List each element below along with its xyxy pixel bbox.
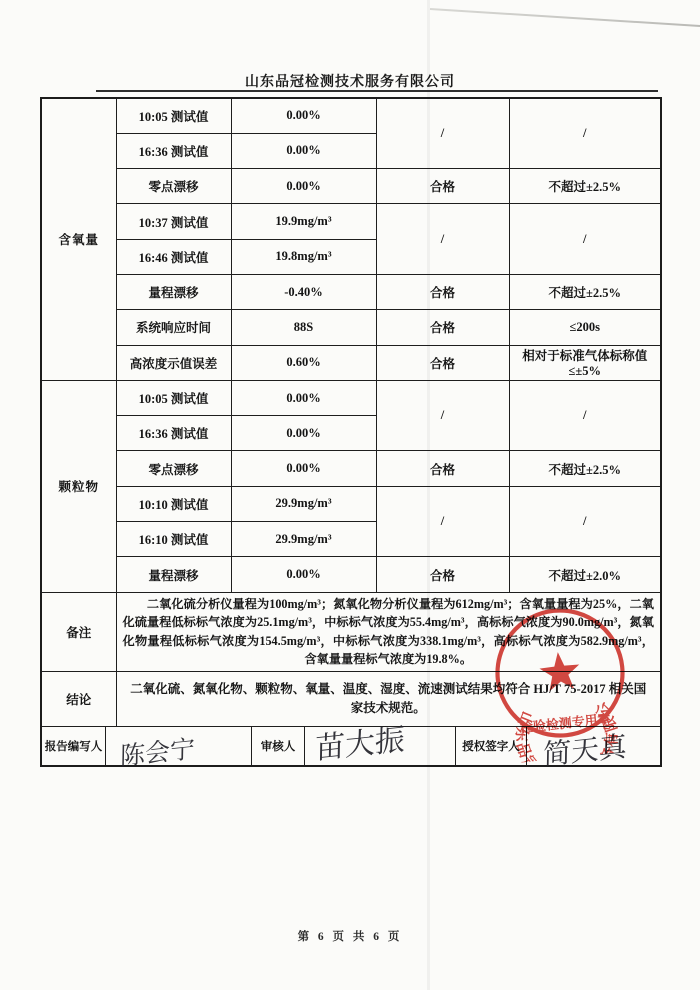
standard-cell: 相对于标准气体标称值≤±5% [509, 345, 661, 380]
value-cell: 0.00% [231, 169, 376, 204]
result-cell: 合格 [376, 451, 509, 486]
param-name-cell: 10:37 测试值 [116, 204, 231, 239]
test-results-table: 含氧量 10:05 测试值 0.00% / / 16:36 测试值 0.00% … [40, 97, 662, 767]
remark-text-cell: 二氧化硫分析仪量程为100mg/m³；氮氧化物分析仪量程为612mg/m³；含氧… [116, 592, 661, 671]
standard-cell: 不超过±2.0% [509, 557, 661, 592]
conclusion-text: 二氧化硫、氮氧化物、颗粒物、氧量、温度、湿度、流速测试结果均符合 HJ/T 75… [129, 680, 649, 718]
conclusion-label-cell: 结论 [41, 671, 116, 726]
report-writer-label: 报告编写人 [42, 727, 105, 765]
param-name-cell: 量程漂移 [116, 274, 231, 309]
header-rule [96, 90, 658, 92]
value-cell: 19.8mg/m³ [231, 239, 376, 274]
param-name-cell: 系统响应时间 [116, 310, 231, 345]
value-cell: 0.00% [231, 557, 376, 592]
remark-text: 二氧化硫分析仪量程为100mg/m³；氮氧化物分析仪量程为612mg/m³；含氧… [123, 595, 655, 669]
param-name-cell: 16:10 测试值 [116, 522, 231, 557]
table-row: 10:37 测试值 19.9mg/m³ / / [41, 204, 661, 239]
remark-label-cell: 备注 [41, 592, 116, 671]
value-cell: -0.40% [231, 274, 376, 309]
standard-cell: / [509, 486, 661, 557]
value-cell: 0.00% [231, 451, 376, 486]
table-row: 高浓度示值误差 0.60% 合格 相对于标准气体标称值≤±5% [41, 345, 661, 380]
group-label-cell: 含氧量 [41, 98, 116, 380]
value-cell: 29.9mg/m³ [231, 522, 376, 557]
standard-cell: 不超过±2.5% [509, 451, 661, 486]
standard-cell: 不超过±2.5% [509, 274, 661, 309]
table-row: 量程漂移 -0.40% 合格 不超过±2.5% [41, 274, 661, 309]
table-row: 含氧量 10:05 测试值 0.00% / / [41, 98, 661, 133]
conclusion-row: 结论 二氧化硫、氮氧化物、颗粒物、氧量、温度、湿度、流速测试结果均符合 HJ/T… [41, 671, 661, 726]
result-cell: 合格 [376, 274, 509, 309]
page-number: 第 6 页 共 6 页 [0, 928, 700, 944]
table-row: 颗粒物 10:05 测试值 0.00% / / [41, 380, 661, 415]
param-name-cell: 高浓度示值误差 [116, 345, 231, 380]
value-cell: 0.00% [231, 98, 376, 133]
value-cell: 29.9mg/m³ [231, 486, 376, 521]
authorizer-label: 授权签字人 [455, 727, 526, 765]
standard-cell: / [509, 380, 661, 451]
standard-cell: 不超过±2.5% [509, 169, 661, 204]
param-name-cell: 16:36 测试值 [116, 133, 231, 168]
reviewer-signature-cell: 苗大振 [304, 727, 455, 765]
report-writer-signature: 陈会宁 [120, 729, 195, 773]
signature-strip: 报告编写人 陈会宁 审核人 苗大振 授权签字人 简天真 [41, 726, 661, 766]
standard-cell: / [509, 204, 661, 275]
table-row: 10:10 测试值 29.9mg/m³ / / [41, 486, 661, 521]
authorizer-signature-cell: 简天真 [526, 727, 660, 765]
param-name-cell: 16:46 测试值 [116, 239, 231, 274]
table-row: 量程漂移 0.00% 合格 不超过±2.0% [41, 557, 661, 592]
scan-edge-artifact [430, 8, 700, 28]
group-label-cell: 颗粒物 [41, 380, 116, 592]
standard-cell: ≤200s [509, 310, 661, 345]
company-header: 山东品冠检测技术服务有限公司 [0, 71, 700, 91]
value-cell: 0.00% [231, 380, 376, 415]
table-row: 系统响应时间 88S 合格 ≤200s [41, 310, 661, 345]
report-writer-signature-cell: 陈会宁 [105, 727, 251, 765]
result-cell: 合格 [376, 557, 509, 592]
authorizer-signature: 简天真 [543, 724, 627, 773]
value-cell: 88S [231, 310, 376, 345]
remark-row: 备注 二氧化硫分析仪量程为100mg/m³；氮氧化物分析仪量程为612mg/m³… [41, 592, 661, 671]
result-cell: 合格 [376, 345, 509, 380]
table-row: 零点漂移 0.00% 合格 不超过±2.5% [41, 169, 661, 204]
value-cell: 0.00% [231, 416, 376, 451]
param-name-cell: 10:05 测试值 [116, 380, 231, 415]
value-cell: 19.9mg/m³ [231, 204, 376, 239]
param-name-cell: 零点漂移 [116, 169, 231, 204]
param-name-cell: 16:36 测试值 [116, 416, 231, 451]
param-name-cell: 零点漂移 [116, 451, 231, 486]
result-cell: 合格 [376, 169, 509, 204]
result-cell: / [376, 204, 509, 275]
result-cell: / [376, 380, 509, 451]
param-name-cell: 量程漂移 [116, 557, 231, 592]
table-row: 零点漂移 0.00% 合格 不超过±2.5% [41, 451, 661, 486]
param-name-cell: 10:05 测试值 [116, 98, 231, 133]
value-cell: 0.60% [231, 345, 376, 380]
result-cell: / [376, 98, 509, 169]
result-cell: 合格 [376, 310, 509, 345]
signature-row: 报告编写人 陈会宁 审核人 苗大振 授权签字人 简天真 [41, 726, 661, 766]
param-name-cell: 10:10 测试值 [116, 486, 231, 521]
result-cell: / [376, 486, 509, 557]
scanned-report-page: { "page": { "company_header": "山东品冠检测技术服… [0, 0, 700, 990]
value-cell: 0.00% [231, 133, 376, 168]
standard-cell: / [509, 98, 661, 169]
reviewer-signature: 苗大振 [315, 714, 405, 768]
reviewer-label: 审核人 [251, 727, 304, 765]
